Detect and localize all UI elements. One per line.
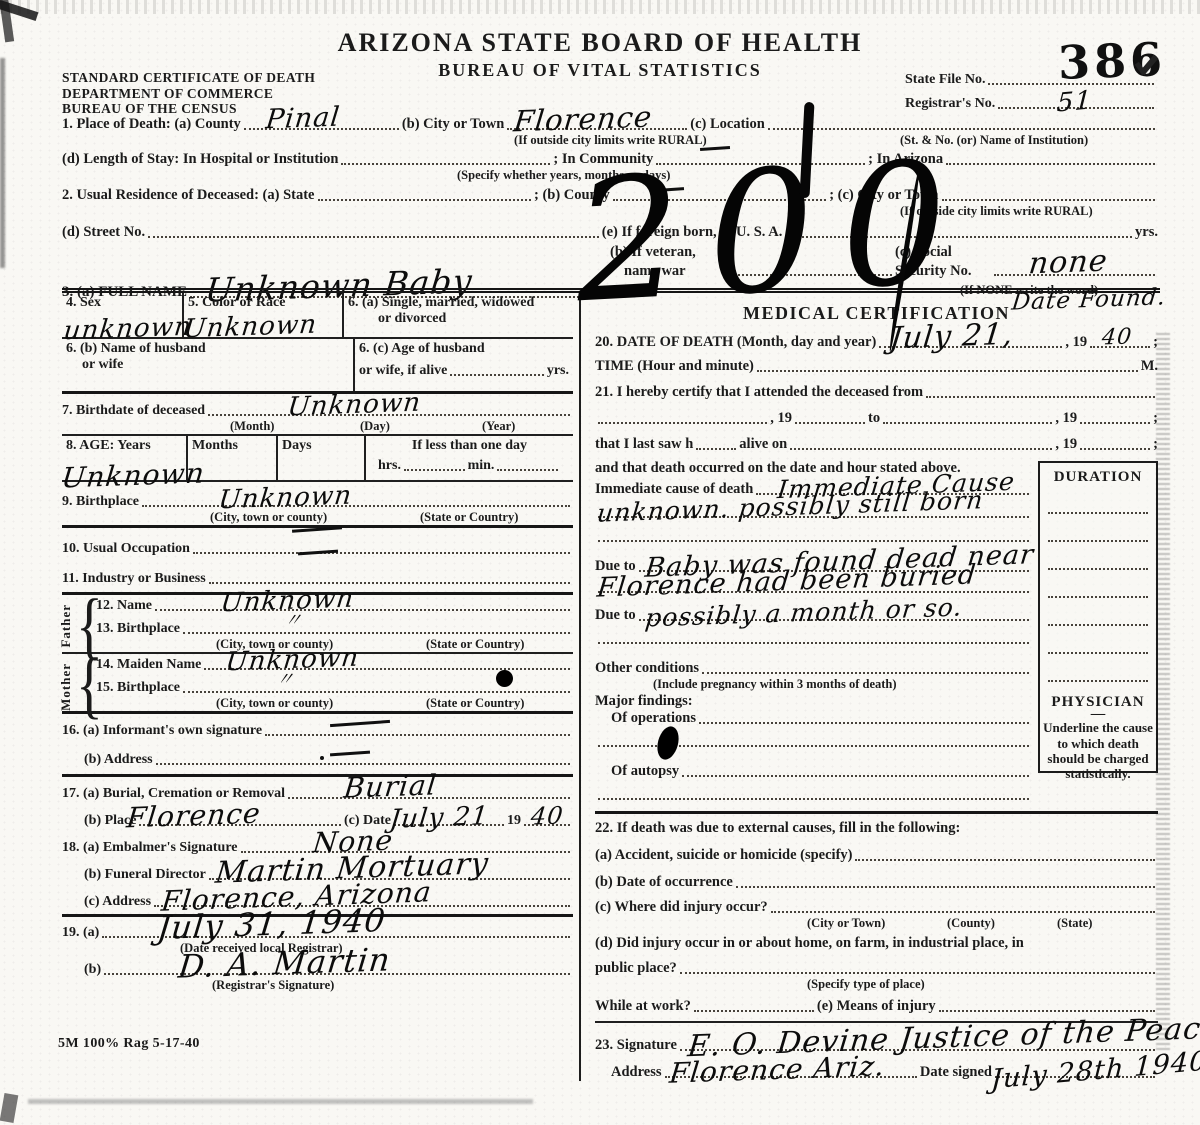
social-security-handwriting: none — [1028, 246, 1110, 279]
county-line: Pinal — [244, 126, 399, 130]
veteran-label-1: (b) If veteran, — [610, 243, 728, 262]
husband-age-line — [450, 372, 543, 376]
scan-corner-mark — [0, 0, 38, 21]
residence-county-label: ; (b) County — [534, 187, 610, 204]
dod-semi: ; — [1153, 334, 1158, 351]
husband-age-label-1: 6. (c) Age of husband — [359, 341, 569, 357]
autopsy-row: Of autopsy — [595, 763, 1032, 780]
husband-name-cell: 6. (b) Name of husband or wife — [62, 339, 353, 391]
embalmer-label: 18. (a) Embalmer's Signature — [62, 840, 238, 856]
usual-residence-label: 2. Usual Residence of Deceased: (a) Stat… — [62, 187, 315, 204]
signature-address-handwriting: Florence Ariz. — [668, 1052, 886, 1087]
duration-line — [1048, 654, 1148, 682]
mother-birthplace-line: 〃 — [183, 689, 570, 693]
mother-birthplace-label: 15. Birthplace — [96, 680, 180, 696]
sec22d2-label: public place? — [595, 960, 677, 977]
ink-blob-mother-row — [496, 670, 513, 687]
burial-date-handwriting: July 21 — [388, 803, 490, 832]
medical-column: MEDICAL CERTIFICATION Date Found. 20. DA… — [581, 293, 1160, 1081]
age-hrs-label: hrs. — [378, 458, 401, 474]
operations-line — [699, 720, 1029, 724]
last-saw-row: that I last saw h alive on , 19 ; — [595, 436, 1158, 453]
operations-row: Of operations — [595, 710, 1032, 727]
age-days-cell: Days — [278, 436, 366, 480]
scan-bottom-streak — [28, 1099, 533, 1104]
alive-on-label: alive on — [739, 436, 787, 453]
residence-city-line — [942, 197, 1155, 201]
informant-rule — [62, 774, 573, 777]
registrar-date-line: July 31, 1940 — [102, 934, 570, 938]
cause-blank-line-2 — [598, 640, 1029, 644]
signature-address-label: Address — [611, 1064, 662, 1081]
burial-place-line: Florence — [139, 822, 340, 826]
burial-date-19: 19 — [507, 813, 521, 829]
duration-line — [1048, 514, 1148, 542]
due-to-label-2: Due to — [595, 607, 636, 624]
usual-residence-row: 2. Usual Residence of Deceased: (a) Stat… — [62, 187, 1158, 204]
duration-line — [1048, 542, 1148, 570]
sec22c-label: (c) Where did injury occur? — [595, 899, 768, 916]
pregnancy-caption: (Include pregnancy within 3 months of de… — [653, 677, 897, 692]
from-line — [598, 420, 767, 424]
registrar-sig-caption: (Registrar's Signature) — [212, 978, 334, 993]
line2-captions: (If outside city limits write RURAL) — [62, 204, 1158, 219]
cause-blank-row-2 — [595, 640, 1032, 647]
certify-label: 21. I hereby certify that I attended the… — [595, 384, 923, 401]
occupation-label: 10. Usual Occupation — [62, 541, 190, 557]
last-saw-semi: ; — [1153, 436, 1158, 453]
marital-cell: 6. (a) Single, married, widowed or divor… — [344, 293, 573, 337]
registrar-a-label: 19. (a) — [62, 925, 99, 941]
due-to-row-1b: Florence had been buried — [595, 589, 1032, 596]
birthplace-handwriting: Unknown — [217, 483, 353, 514]
time-suffix: M. — [1141, 358, 1158, 375]
sec22b-label: (b) Date of occurrence — [595, 874, 733, 891]
race-handwriting: Unknown — [182, 312, 318, 343]
registrar-date-row: 19. (a) July 31, 1940 — [62, 925, 573, 941]
birthdate-handwriting: Unknown — [286, 390, 422, 421]
date-of-death-row: 20. DATE OF DEATH (Month, day and year) … — [595, 334, 1158, 351]
rural-caption-1: (If outside city limits write RURAL) — [514, 133, 707, 148]
institution-caption: (St. & No. (or) Name of Institution) — [900, 133, 1088, 148]
dod-year-line: 40 — [1090, 344, 1150, 348]
last-saw-blank — [696, 446, 736, 450]
marital-label-1: 6. (a) Single, married, widowed — [348, 295, 569, 311]
other-conditions-label: Other conditions — [595, 660, 699, 677]
sec22d-captions: (Specify type of place) — [595, 977, 1158, 992]
autopsy-blank-row — [595, 796, 1032, 803]
age-days-label: Days — [282, 438, 312, 453]
husband-age-row2: or wife, if alive yrs. — [359, 363, 569, 379]
length-of-stay-label: (d) Length of Stay: In Hospital or Insti… — [62, 151, 338, 168]
certify-line — [926, 394, 1155, 398]
sec22b-line — [736, 884, 1155, 888]
while-at-work-label: While at work? — [595, 998, 691, 1015]
external-causes-rule — [595, 811, 1158, 814]
mother-name-line: Unknown — [204, 666, 570, 670]
personal-column: 4. Sex 5. Color or Race 6. (a) Single, m… — [62, 293, 581, 1081]
sec22d2-row: public place? — [595, 960, 1158, 977]
date-of-death-label: 20. DATE OF DEATH (Month, day and year) — [595, 334, 876, 351]
mother-captions: (City, town or county) (State or Country… — [96, 696, 573, 711]
street-no-label: (d) Street No. — [62, 224, 145, 241]
sec22a-row: (a) Accident, suicide or homicide (speci… — [595, 847, 1158, 864]
day-caption: (Day) — [360, 419, 390, 434]
father-birthplace-line: 〃 — [183, 630, 570, 634]
to-label: to — [868, 410, 880, 427]
age-hrs-line — [404, 467, 465, 471]
foreign-born-label: (e) If foreign born, in U. S. A. — [602, 224, 783, 241]
signature-line: E. O. Devine Justice of the Peace — [680, 1047, 1155, 1051]
location-line — [768, 126, 1155, 130]
date-signed-label: Date signed — [920, 1064, 992, 1081]
mother-brace: { — [76, 642, 103, 728]
age-row: 8. AGE: Years Months Days If less than o… — [62, 436, 573, 482]
from-19: , 19 — [770, 410, 792, 427]
social-security-line: none — [994, 272, 1155, 276]
birthdate-line: Unknown — [208, 412, 570, 416]
top-form: 1. Place of Death: (a) County Pinal (b) … — [62, 116, 1158, 309]
registrar-sig-row: (b) D. A. Martin — [62, 962, 573, 978]
date-of-death-handwriting: July 21, — [888, 320, 1015, 354]
autopsy-label: Of autopsy — [611, 763, 679, 780]
registrar-no-row: Registrar's No. 51 — [905, 96, 1157, 112]
burial-place-handwriting: Florence — [126, 800, 263, 833]
certify-dates-row: , 19 to , 19 ; — [595, 410, 1158, 427]
father-name-row: 12. Name Unknown — [96, 598, 573, 614]
date-found-handwriting: Date Found. — [1011, 286, 1168, 314]
birthplace-captions: (City, town or county) (State or Country… — [62, 510, 573, 525]
from-year-line — [795, 420, 865, 424]
registrar-no-label: Registrar's No. — [905, 96, 995, 112]
means-of-injury-label: (e) Means of injury — [817, 998, 936, 1015]
informant-address-label: (b) Address — [84, 752, 153, 768]
yrs-suffix: yrs. — [1135, 224, 1158, 241]
due-to-row-2: Due to possibly a month or so. — [595, 607, 1032, 624]
burial-date-line: July 21 — [394, 822, 504, 826]
duration-title: DURATION — [1040, 469, 1156, 486]
age-label: 8. AGE: Years — [66, 438, 151, 453]
burial-year-handwriting: 40 — [530, 803, 565, 828]
funeral-address-label: (c) Address — [84, 894, 151, 910]
other-conditions-line — [702, 670, 1029, 674]
registrar-sig-captions: (Registrar's Signature) — [62, 978, 573, 993]
sec22a-label: (a) Accident, suicide or homicide (speci… — [595, 847, 852, 864]
mother-bracket: Mother { — [62, 657, 96, 711]
signature-label: 23. Signature — [595, 1037, 677, 1054]
mother-birthplace-ditto: 〃 — [275, 671, 296, 690]
ink-dot — [320, 756, 324, 760]
informant-address-row: (b) Address — [62, 752, 573, 768]
signature-address-line: Florence Ariz. — [665, 1074, 917, 1078]
burial-year-line: 40 — [524, 822, 570, 826]
father-vertical-label: Father — [58, 604, 74, 648]
foreign-born-line — [785, 234, 1132, 238]
sec22d2-line — [680, 970, 1155, 974]
sex-handwriting: unknown — [62, 314, 193, 344]
registrar-date-handwriting: July 31, 1940 — [156, 904, 388, 944]
alive-on-line — [790, 446, 1052, 450]
sex-label: 4. Sex — [66, 295, 101, 310]
injury-state-caption: (State) — [1057, 916, 1092, 931]
state-file-label: State File No. — [905, 72, 985, 88]
physician-dash: — — [1040, 711, 1156, 718]
husband-label-2: or wife — [66, 357, 349, 373]
registrar-no-line: 51 — [998, 105, 1154, 109]
time-row: TIME (Hour and minute) M. — [595, 358, 1158, 375]
race-label: 5. Color or Race — [188, 295, 285, 310]
street-no-line — [148, 234, 599, 238]
duration-line — [1048, 570, 1148, 598]
stock-note: 5M 100% Rag 5-17-40 — [58, 1036, 200, 1052]
other-conditions-row: Other conditions — [595, 660, 1032, 677]
age-months-label: Months — [192, 438, 238, 453]
burial-handwriting: Burial — [343, 771, 439, 802]
scan-edge-streak — [0, 58, 5, 268]
burial-row: 17. (a) Burial, Cremation or Removal Bur… — [62, 786, 573, 802]
in-arizona-label: ; In Arizona — [868, 151, 943, 168]
duration-line — [1048, 486, 1148, 514]
place-of-death-row: 1. Place of Death: (a) County Pinal (b) … — [62, 116, 1158, 133]
board-title: ARIZONA STATE BOARD OF HEALTH — [0, 28, 1200, 58]
husband-age-cell: 6. (c) Age of husband or wife, if alive … — [353, 339, 573, 391]
while-at-work-line — [694, 1008, 814, 1012]
residence-county-line — [613, 197, 826, 201]
birthdate-captions: (Month) (Day) (Year) — [62, 419, 573, 434]
informant-row: 16. (a) Informant's own signature — [62, 723, 573, 739]
major-findings-label: Major findings: — [595, 693, 693, 709]
mother-block: Mother { 14. Maiden Name Unknown 15. Bir… — [62, 657, 573, 711]
scan-bottom-corner — [0, 1093, 18, 1123]
age-min-label: min. — [468, 458, 495, 474]
sec22c-captions: (City or Town) (County) (State) — [595, 916, 1158, 931]
mid-section: 4. Sex 5. Color or Race 6. (a) Single, m… — [62, 288, 1160, 1081]
birthdate-row: 7. Birthdate of deceased Unknown — [62, 403, 573, 419]
time-label: TIME (Hour and minute) — [595, 358, 754, 375]
scan-noise-top — [0, 0, 1200, 14]
duration-line — [1048, 598, 1148, 626]
sec22-row: 22. If death was due to external causes,… — [595, 820, 1158, 837]
immediate-cause-row-2: unknown. possibly still born — [595, 514, 1032, 521]
certify-row: 21. I hereby certify that I attended the… — [595, 384, 1158, 401]
mother-name-label: 14. Maiden Name — [96, 657, 201, 673]
father-name-line: Unknown — [155, 607, 570, 611]
birthplace-line: Unknown — [142, 503, 570, 507]
war-name-line — [731, 272, 892, 276]
city-handwriting: Florence — [513, 103, 655, 137]
signature-address-row: Address Florence Ariz. Date signed July … — [595, 1064, 1158, 1081]
length-of-stay-row: (d) Length of Stay: In Hospital or Insti… — [62, 151, 1158, 168]
industry-line — [209, 580, 570, 584]
last-saw-19: , 19 — [1055, 436, 1077, 453]
date-signed-handwriting: July 28th 1940 — [990, 1048, 1200, 1094]
major-findings-row: Major findings: — [595, 693, 1032, 710]
father-birthplace-row: 13. Birthplace 〃 — [96, 621, 573, 637]
operations-label: Of operations — [611, 710, 696, 727]
autopsy-line — [682, 773, 1029, 777]
marital-label-2: or divorced — [348, 311, 569, 327]
medical-title-row: MEDICAL CERTIFICATION Date Found. — [595, 303, 1158, 327]
state-file-row: State File No. — [905, 72, 1157, 88]
month-caption: (Month) — [230, 419, 274, 434]
social-label-1: (c) Social — [895, 243, 991, 262]
social-labels: (c) Social Security No. — [895, 243, 991, 281]
father-name-label: 12. Name — [96, 598, 152, 614]
file-number-block: State File No. Registrar's No. 51 — [905, 72, 1157, 112]
mother-city-caption: (City, town or county) — [216, 696, 333, 711]
age-less-label: If less than one day — [370, 438, 569, 454]
dod-19: , 19 — [1065, 334, 1087, 351]
to-19: , 19 — [1055, 410, 1077, 427]
county-handwriting: Pinal — [264, 104, 341, 134]
sec22d-label: (d) Did injury occur in or about home, o… — [595, 935, 1024, 951]
registrar-sig-handwriting: D. A. Martin — [177, 943, 392, 982]
sec22b-row: (b) Date of occurrence — [595, 874, 1158, 891]
due-to-line-1b: Florence had been buried — [598, 589, 1029, 593]
due-to-line-2: possibly a month or so. — [639, 617, 1029, 621]
burial-line: Burial — [288, 795, 570, 799]
veteran-labels: (b) If veteran, name war — [610, 243, 728, 281]
mother-state-caption: (State or Country) — [426, 696, 524, 711]
injury-city-caption: (City or Town) — [807, 916, 885, 931]
city-town-label: (b) City or Town — [402, 116, 504, 133]
informant-address-line — [156, 761, 570, 765]
registrar-no-handwriting: 51 — [1057, 88, 1094, 117]
sec22c-row: (c) Where did injury occur? — [595, 899, 1158, 916]
year-caption: (Year) — [482, 419, 515, 434]
birthplace-state-caption: (State or Country) — [420, 510, 518, 525]
veteran-social-columns: (b) If veteran, name war (c) Social Secu… — [610, 243, 1158, 281]
sec22d-row: (d) Did injury occur in or about home, o… — [595, 935, 1158, 952]
place-of-death-label: 1. Place of Death: (a) County — [62, 116, 241, 133]
sec22-label: 22. If death was due to external causes,… — [595, 820, 960, 836]
arizona-stay-line — [946, 161, 1155, 165]
hospital-stay-line — [341, 161, 550, 165]
father-birthplace-ditto: 〃 — [283, 612, 304, 631]
in-community-label: ; In Community — [553, 151, 653, 168]
duration-line — [1048, 626, 1148, 654]
husband-age-yrs: yrs. — [547, 363, 569, 379]
community-stay-line — [656, 161, 865, 165]
father-birthplace-label: 13. Birthplace — [96, 621, 180, 637]
mother-vertical-label: Mother — [58, 663, 74, 711]
state-file-line — [988, 81, 1154, 85]
husband-row: 6. (b) Name of husband or wife 6. (c) Ag… — [62, 339, 573, 394]
death-certificate-scan: ARIZONA STATE BOARD OF HEALTH BUREAU OF … — [0, 0, 1200, 1125]
last-saw-year-line — [1080, 446, 1150, 450]
time-line — [757, 368, 1138, 372]
age-min-line — [497, 467, 558, 471]
occupation-row: 10. Usual Occupation — [62, 541, 573, 557]
age-handwriting: Unknown — [60, 460, 206, 493]
birthdate-label: 7. Birthdate of deceased — [62, 403, 205, 419]
line1d-captions: (Specify whether years, months or days) — [62, 168, 1158, 183]
duration-box: DURATION PHYSICIAN — Underline the cause… — [1038, 461, 1158, 773]
last-saw-label: that I last saw h — [595, 436, 693, 453]
registrar-b-label: (b) — [84, 962, 101, 978]
date-signed-line: July 28th 1940 — [995, 1074, 1155, 1078]
street-row: (d) Street No. (e) If foreign born, in U… — [62, 224, 1158, 241]
city-town-line: Florence — [507, 126, 687, 130]
sec22c-line — [771, 909, 1155, 913]
funeral-director-label: (b) Funeral Director — [84, 867, 206, 883]
type-of-place-caption: (Specify type of place) — [807, 977, 925, 992]
to-year-line — [1080, 420, 1150, 424]
line1-captions: (If outside city limits write RURAL) (St… — [62, 133, 1158, 148]
birthplace-city-caption: (City, town or county) — [210, 510, 327, 525]
autopsy-blank-line — [598, 796, 1029, 800]
injury-county-caption: (County) — [947, 916, 995, 931]
residence-city-label: ; (c) City or Town — [829, 187, 938, 204]
immediate-cause-line-2: unknown. possibly still born — [598, 514, 1029, 518]
specify-years-caption: (Specify whether years, months or days) — [457, 168, 670, 183]
to-line — [883, 420, 1052, 424]
physician-note: Underline the cause to which death shoul… — [1040, 720, 1156, 781]
birthplace-row: 9. Birthplace Unknown — [62, 494, 573, 510]
other-conditions-captions: (Include pregnancy within 3 months of de… — [595, 677, 1032, 692]
location-label: (c) Location — [690, 116, 765, 133]
date-of-death-line: July 21, — [879, 344, 1062, 348]
sec22a-line — [855, 857, 1155, 861]
age-less-cell: If less than one day hrs. min. — [366, 436, 573, 480]
birthplace-label: 9. Birthplace — [62, 494, 139, 510]
mother-rule — [62, 711, 573, 714]
age-hrs-min-row: hrs. min. — [370, 458, 569, 474]
sex-race-row: 4. Sex 5. Color or Race 6. (a) Single, m… — [62, 293, 573, 339]
registrar-sig-line: D. A. Martin — [104, 971, 570, 975]
dept-line: DEPARTMENT OF COMMERCE — [62, 86, 315, 102]
cert-title: STANDARD CERTIFICATE OF DEATH — [62, 70, 315, 86]
husband-age-label-2: or wife, if alive — [359, 363, 447, 379]
veteran-label-2: name war — [610, 262, 728, 281]
dod-year-handwriting: 40 — [1101, 326, 1133, 349]
state-line — [318, 197, 531, 201]
certify-semi: ; — [1153, 410, 1158, 427]
father-state-caption: (State or Country) — [426, 637, 524, 652]
means-of-injury-line — [939, 1008, 1155, 1012]
rural-caption-2: (If outside city limits write RURAL) — [900, 204, 1093, 219]
informant-line — [265, 732, 570, 736]
social-label-2: Security No. — [895, 262, 991, 281]
occupation-line — [193, 550, 570, 554]
